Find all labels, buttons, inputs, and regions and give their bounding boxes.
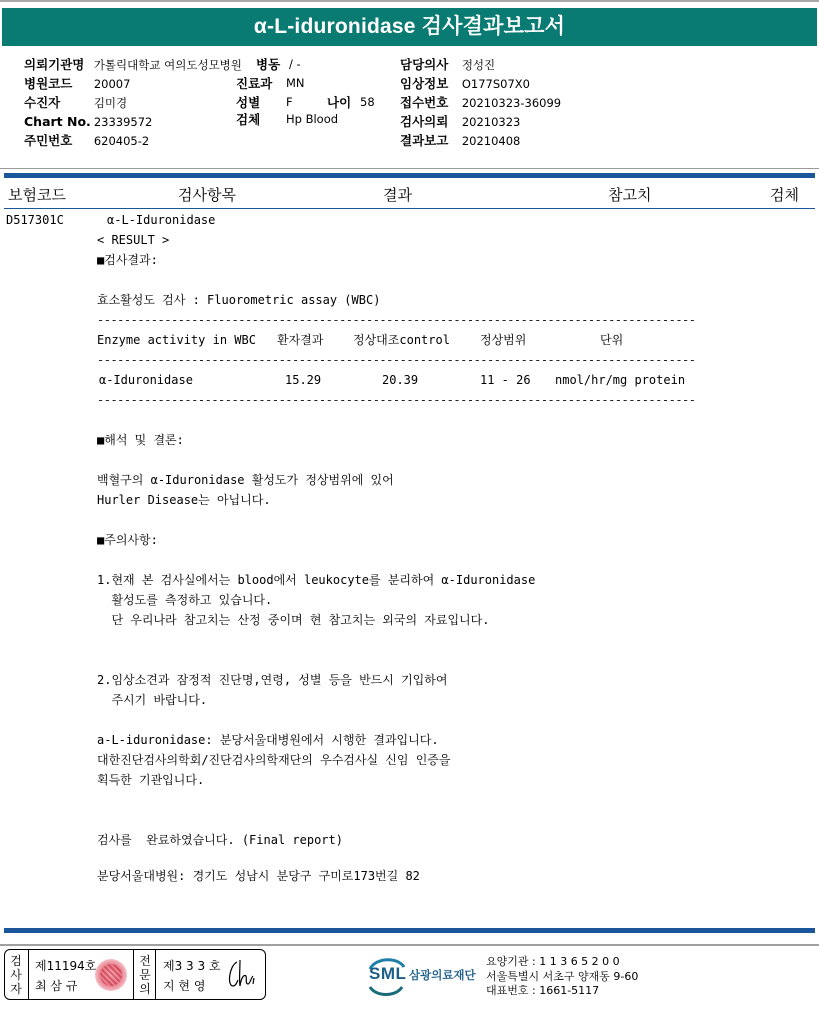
- patient-info-right: 담당의사 정성진 임상정보 O177S07X0 접수번호 20210323-36…: [400, 55, 700, 150]
- inspector-label: 검 사 자: [6, 950, 26, 999]
- info-row-receipt: 접수번호 20210323-36099: [400, 93, 700, 112]
- separator: [28, 950, 29, 999]
- org-logo-text: SML: [369, 964, 406, 984]
- label-resident-no: 주민번호: [24, 131, 90, 150]
- specialist-number: 제3 3 3 호: [163, 958, 221, 974]
- specialist-label-char: 문: [135, 968, 155, 982]
- info-row-doctor: 담당의사 정성진: [400, 55, 700, 74]
- col-specimen: 검체: [770, 184, 799, 206]
- footer-divider: [0, 944, 819, 946]
- table-row-control: 20.39: [382, 370, 418, 390]
- caution-2-line-1: 2.임상소견과 잠정적 진단명,연령, 성별 등을 반드시 기입하여: [97, 670, 447, 690]
- info-row-clinical: 임상정보 O177S07X0: [400, 74, 700, 93]
- value-department: MN: [286, 74, 305, 93]
- assay-line: 효소활성도 검사 : Fluorometric assay (WBC): [97, 290, 380, 310]
- inspector-number: 제11194호: [35, 958, 96, 974]
- table-row-unit: nmol/hr/mg protein: [555, 370, 685, 390]
- specialist-label-char: 전: [135, 954, 155, 968]
- caution-1-line-3: 단 우리나라 참고치는 산정 중이며 현 참고치는 외국의 자료입니다.: [97, 610, 489, 630]
- label-chart-no: Chart No.: [24, 112, 90, 131]
- value-clinical-info: O177S07X0: [462, 75, 530, 94]
- dash-divider: ----------------------------------------…: [97, 390, 697, 410]
- signature-box: 검 사 자 제11194호 최 삼 규 전 문 의 제3 3 3 호 지 현 영: [4, 949, 266, 1000]
- top-border: [0, 0, 819, 2]
- table-header-control: 정상대조control: [353, 330, 450, 350]
- inspector-label-char: 사: [6, 968, 26, 982]
- value-specimen: Hp Blood: [286, 110, 338, 129]
- report-title: α-L-iduronidase 검사결과보고서: [2, 8, 817, 46]
- col-reference: 참고치: [608, 184, 651, 206]
- separator: [155, 950, 156, 999]
- dash-divider: ----------------------------------------…: [97, 350, 697, 370]
- info-row-patient: 수진자 김미경 성별 F 나이 58: [24, 93, 404, 112]
- info-row-chart: Chart No. 23339572 검체 Hp Blood: [24, 112, 404, 131]
- separator: [133, 950, 134, 999]
- info-row-hospital-code: 병원코드 20007 진료과 MN: [24, 74, 404, 93]
- caution-1-line-1: 1.현재 본 검사실에서는 blood에서 leukocyte를 분리하여 α-…: [97, 570, 535, 590]
- caution-2-line-2: 주시기 바랍니다.: [97, 690, 207, 710]
- interpretation-line-1: 백혈구의 α-Iduronidase 활성도가 정상범위에 있어: [97, 470, 394, 490]
- label-specimen: 검체: [236, 110, 260, 129]
- value-hospital-code: 20007: [94, 75, 131, 94]
- value-request-date: 20210323: [462, 113, 521, 132]
- info-row-request: 검사의뢰 20210323: [400, 112, 700, 131]
- value-report-date: 20210408: [462, 132, 521, 151]
- org-name: 삼광의료재단: [409, 967, 476, 983]
- value-institution: 가톨릭대학교 여의도성모병원: [94, 56, 242, 75]
- table-row-patient: 15.29: [285, 370, 321, 390]
- value-ward: / -: [289, 55, 301, 74]
- col-insurance-code: 보험코드: [8, 184, 66, 206]
- org-code: 요양기관 : 1 1 3 6 5 2 0 0: [486, 955, 638, 970]
- label-request-date: 검사의뢰: [400, 112, 458, 131]
- label-patient: 수진자: [24, 93, 90, 112]
- label-doctor: 담당의사: [400, 55, 458, 74]
- label-institution: 의뢰기관명: [24, 55, 90, 74]
- inspector-label-char: 검: [6, 954, 26, 968]
- label-hospital-code: 병원코드: [24, 74, 90, 93]
- col-result: 결과: [383, 184, 412, 206]
- org-info: 요양기관 : 1 1 3 6 5 2 0 0 서울특별시 서초구 양재동 9-6…: [486, 955, 638, 999]
- insurance-code: D517301C: [6, 210, 64, 230]
- label-department: 진료과: [236, 74, 272, 93]
- lab-note-line-1: a-L-iduronidase: 분당서울대병원에서 시행한 결과입니다.: [97, 730, 439, 750]
- value-age: 58: [360, 93, 375, 112]
- value-doctor: 정성진: [462, 56, 495, 75]
- info-row-resident-no: 주민번호 620405-2: [24, 131, 404, 150]
- org-phone: 대표번호 : 1661-5117: [486, 984, 638, 999]
- seal-stamp-icon: [95, 959, 127, 991]
- table-header-unit: 단위: [600, 330, 623, 350]
- value-patient: 김미경: [94, 94, 127, 113]
- label-clinical-info: 임상정보: [400, 74, 458, 93]
- label-receipt-no: 접수번호: [400, 93, 458, 112]
- final-report-line: 검사를 완료하였습니다. (Final report): [97, 830, 343, 850]
- lab-note-line-3: 획득한 기관입니다.: [97, 770, 204, 790]
- section-caution: ■주의사항:: [97, 530, 158, 550]
- info-row-institution: 의뢰기관명 가톨릭대학교 여의도성모병원 병동 / -: [24, 55, 404, 74]
- specialist-label: 전 문 의: [135, 950, 155, 999]
- interpretation-line-2: Hurler Disease는 아닙니다.: [97, 490, 271, 510]
- table-row-name: α-Iduronidase: [99, 370, 193, 390]
- lab-note-line-2: 대한진단검사의학회/진단검사의학재단의 우수검사실 신임 인증을: [97, 750, 450, 770]
- info-row-report: 결과보고 20210408: [400, 131, 700, 150]
- header-underline: [4, 208, 815, 209]
- dash-divider: ----------------------------------------…: [97, 310, 697, 330]
- table-header-patient: 환자결과: [277, 330, 323, 350]
- address-line: 분당서울대병원: 경기도 성남시 분당구 구미로173번길 82: [97, 866, 420, 886]
- value-receipt-no: 20210323-36099: [462, 94, 561, 113]
- section-interpretation: ■해석 및 결론:: [97, 430, 184, 450]
- table-row-range: 11 - 26: [480, 370, 531, 390]
- result-tag: < RESULT >: [97, 230, 169, 250]
- specialist-name: 지 현 영: [163, 978, 205, 994]
- header-bar: [4, 173, 815, 178]
- patient-info-left: 의뢰기관명 가톨릭대학교 여의도성모병원 병동 / - 병원코드 20007 진…: [24, 55, 404, 150]
- org-address: 서울특별시 서초구 양재동 9-60: [486, 970, 638, 985]
- value-resident-no: 620405-2: [94, 132, 149, 151]
- test-name: α-L-Iduronidase: [107, 210, 215, 230]
- footer-bar: [4, 928, 815, 933]
- section-result: ■검사결과:: [97, 250, 158, 270]
- col-test-item: 검사항목: [178, 184, 236, 206]
- label-report-date: 결과보고: [400, 131, 458, 150]
- label-ward: 병동: [256, 55, 280, 74]
- inspector-label-char: 자: [6, 982, 26, 996]
- specialist-label-char: 의: [135, 982, 155, 996]
- caution-1-line-2: 활성도를 측정하고 있습니다.: [97, 590, 272, 610]
- signature-icon: [223, 956, 259, 992]
- table-header-range: 정상범위: [480, 330, 526, 350]
- inspector-name: 최 삼 규: [35, 978, 77, 994]
- value-chart-no: 23339572: [94, 113, 153, 132]
- divider: [0, 168, 819, 169]
- table-header-name: Enzyme activity in WBC: [97, 330, 256, 350]
